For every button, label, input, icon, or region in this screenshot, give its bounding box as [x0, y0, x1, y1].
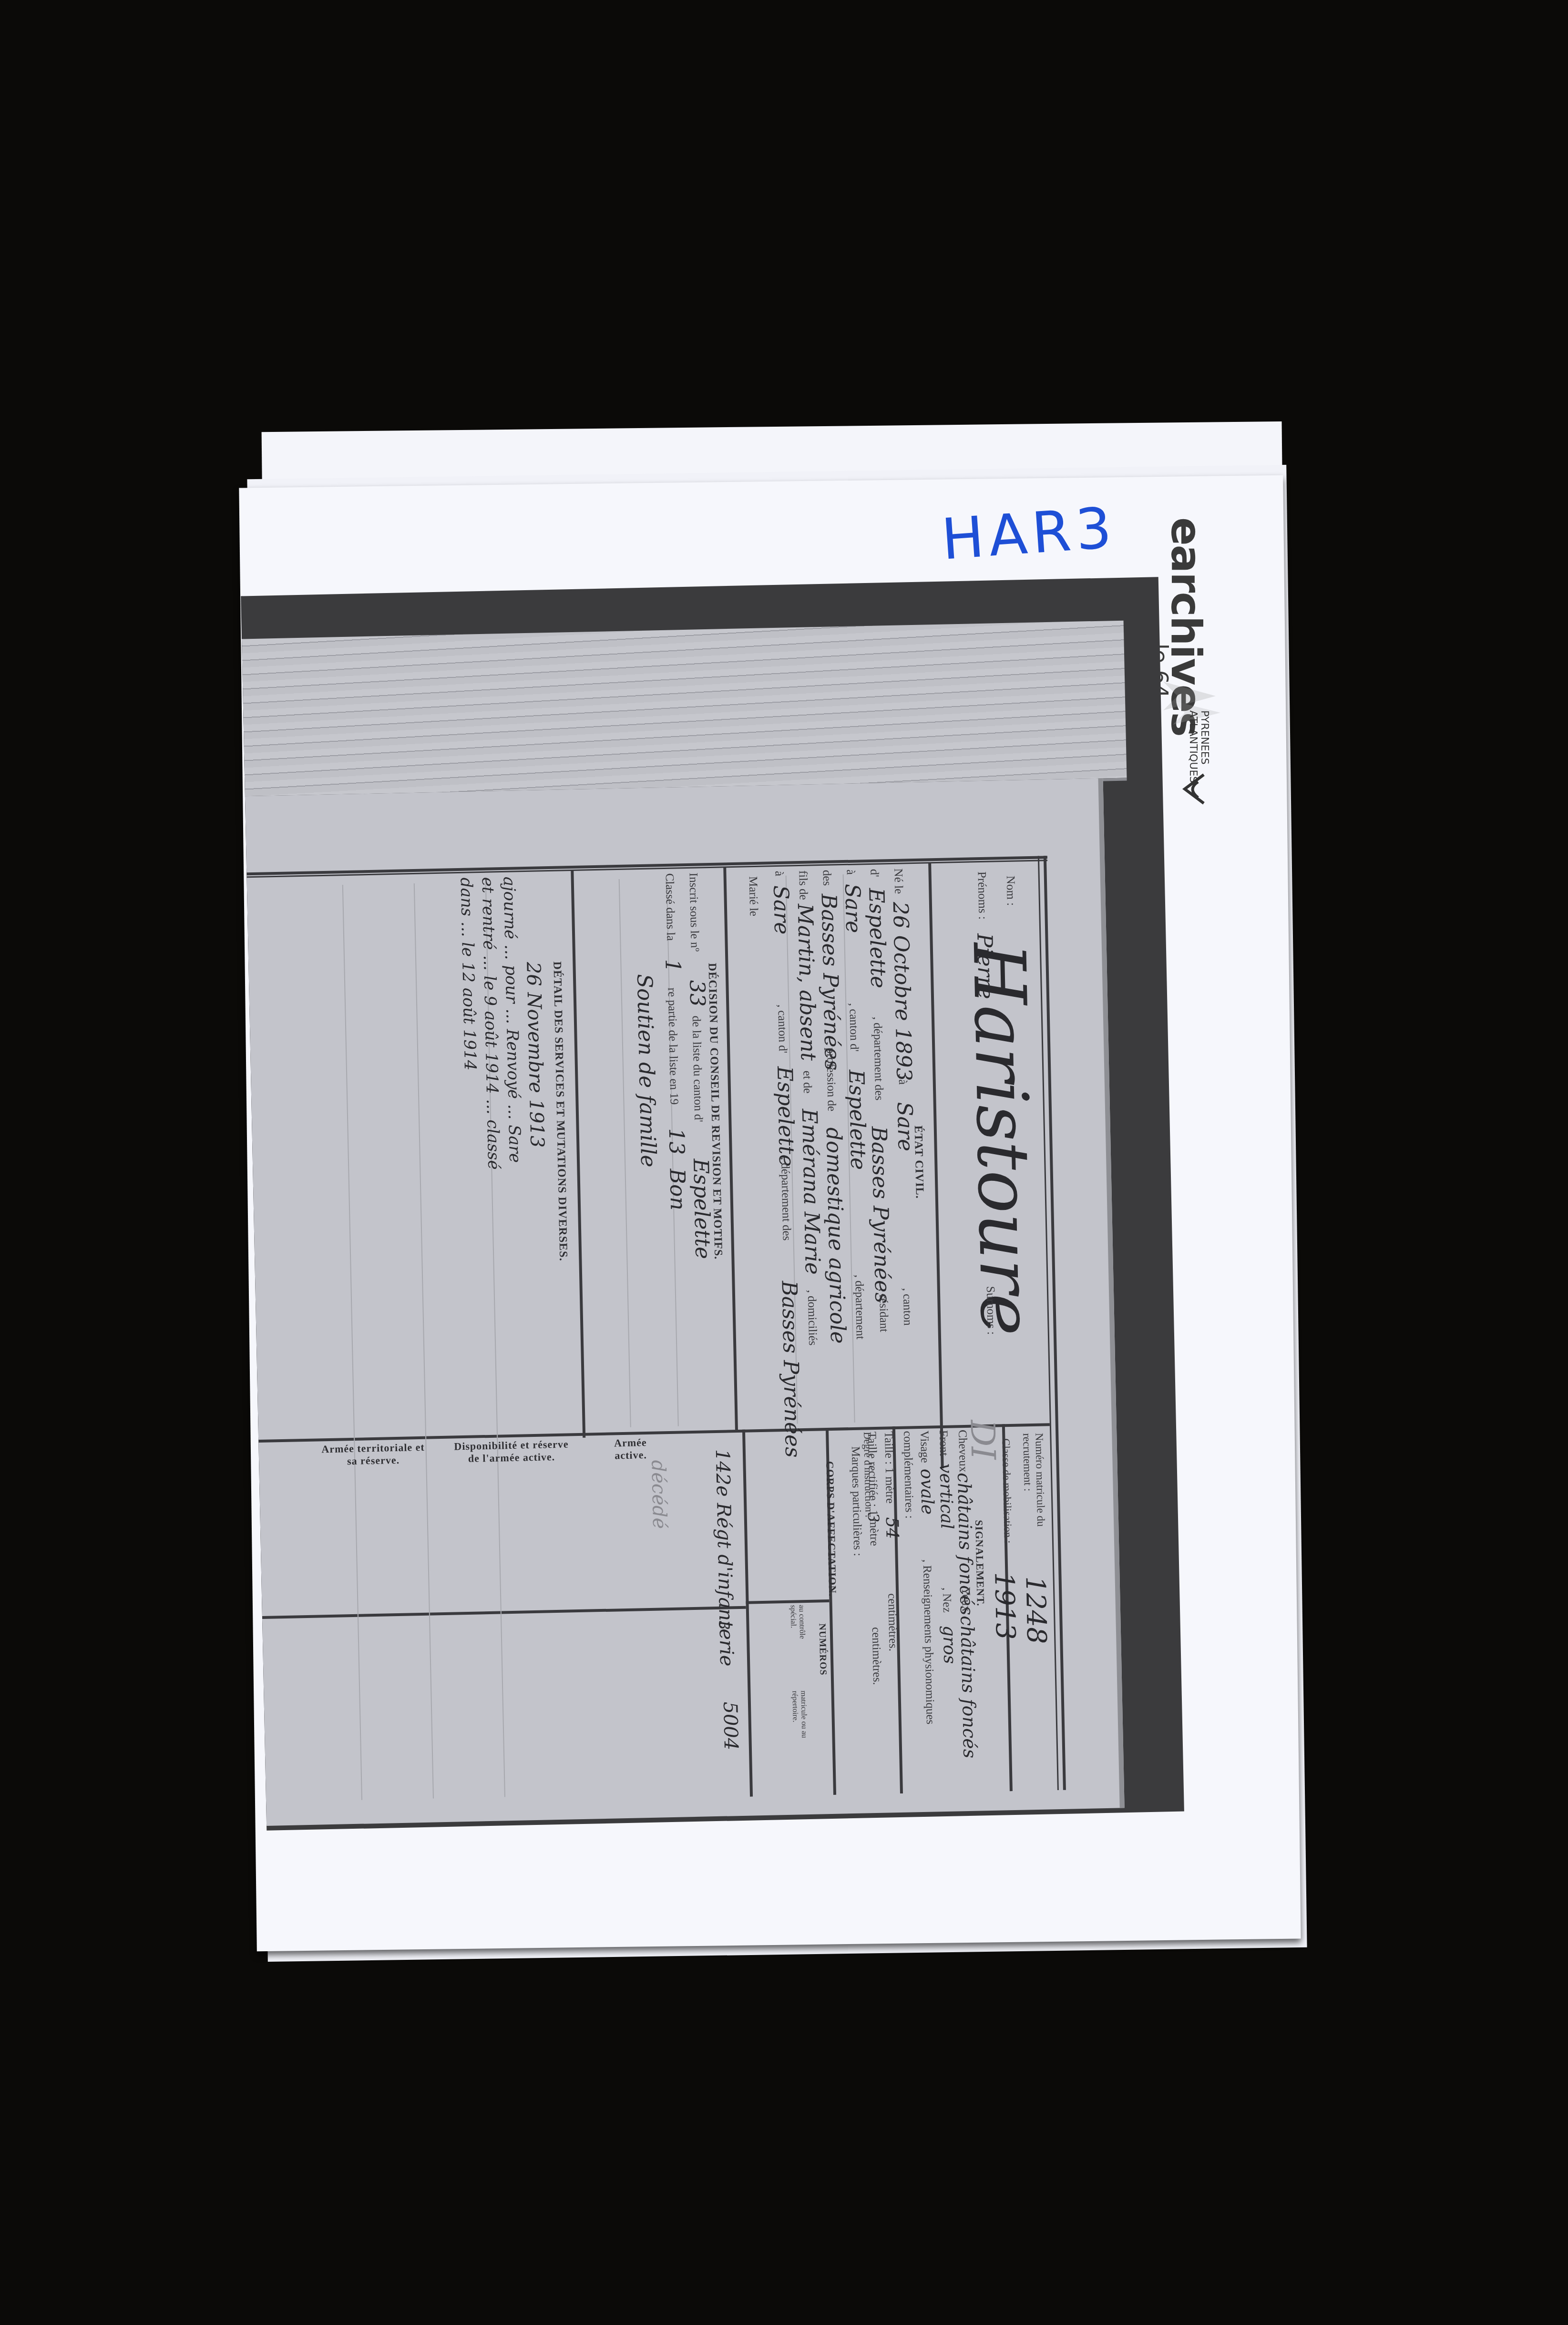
- services-line-4: dans ... le 12 août 1914: [457, 877, 480, 1071]
- canton-value: Espelette: [864, 888, 890, 988]
- front-label: Front: [936, 1430, 950, 1456]
- fils-label: fils de: [796, 871, 810, 900]
- liste-label: de la liste du canton d': [689, 1015, 705, 1122]
- inscrit-value: 33: [685, 980, 709, 1007]
- nom-value: Haristoure: [957, 942, 1048, 1337]
- separator-numeros-inner: [746, 1599, 829, 1604]
- mountain-icon: [1175, 770, 1209, 808]
- mere-label: et de: [800, 1071, 814, 1094]
- col-armee-active: Armée active.: [602, 1436, 659, 1462]
- canton3-value: Espelette: [772, 1066, 799, 1167]
- visage-value: ovale: [917, 1468, 937, 1515]
- register-photo: Nom : Haristoure Prénoms : Pierre Surnom…: [241, 577, 1184, 1831]
- classe-dans-label: Classé dans la: [662, 873, 677, 941]
- decision-annotation: Bon: [665, 1168, 690, 1210]
- col-armee-territoriale: Armée territoriale et sa réserve.: [320, 1441, 426, 1468]
- archive-label-handwritten: HAR3: [940, 494, 1118, 572]
- partie-label: re partie de la liste en 19: [665, 987, 680, 1105]
- departement3-label: , département des: [778, 1157, 793, 1241]
- taille-rectifiee-unit: centimètres.: [869, 1627, 884, 1685]
- canton2-label: , canton d': [846, 1003, 861, 1052]
- decision-motif: Soutien de famille: [632, 973, 660, 1168]
- numeros-matricule-label: matricule ou au répertoire.: [790, 1690, 808, 1743]
- col-disponibilite: Disponibilité et réserve de l'armée acti…: [449, 1438, 574, 1465]
- departement2-prefix: des: [820, 870, 833, 886]
- ruled-line: [342, 885, 362, 1800]
- complementaires-label: complémentaires :: [901, 1431, 916, 1519]
- separator-services: [571, 871, 585, 1438]
- frame-top: [246, 856, 1047, 875]
- numeros-matricule-value: 5004: [719, 1701, 742, 1751]
- taille-value: 54: [882, 1517, 902, 1539]
- services-heading: DÉTAIL DES SERVICES ET MUTATIONS DIVERSE…: [550, 961, 569, 1261]
- front-value: vertical: [936, 1463, 957, 1529]
- departement-label: , département des: [871, 1016, 886, 1100]
- ruled-line: [414, 883, 434, 1799]
- prenoms-label: Prénoms :: [975, 871, 989, 920]
- matricule-value: 1248: [1020, 1576, 1052, 1644]
- a-label: , à: [895, 1073, 909, 1085]
- classe-value: 1913: [988, 1572, 1021, 1640]
- taille-rectifiee-label: Taille rectifiée : 1 mètre: [865, 1432, 881, 1546]
- nez-label: , Nez: [940, 1588, 953, 1613]
- prenoms-value: Pierre: [972, 933, 998, 999]
- marques-label: Marques particulières :: [849, 1446, 864, 1557]
- separator-decision: [723, 867, 738, 1430]
- ne-le-value: 26 Octobre 1893: [888, 901, 916, 1081]
- departement-value: Basses Pyrénées: [867, 1126, 895, 1303]
- domicilies-label: , domiciliés: [805, 1290, 819, 1345]
- departement2-label: , département: [852, 1274, 867, 1340]
- inscrit-label: Inscrit sous le nº: [686, 872, 701, 952]
- visage-label: Visage: [917, 1431, 931, 1463]
- cheveux-label: Cheveux: [955, 1430, 970, 1472]
- register-form: Nom : Haristoure Prénoms : Pierre Surnom…: [246, 856, 1076, 1807]
- residant-value: Sare: [840, 883, 865, 933]
- canton-prefix: d': [867, 869, 881, 877]
- a-value: Sare: [892, 1102, 918, 1151]
- domicilies-prefix: à: [772, 871, 785, 877]
- marie-label: Marié le: [746, 876, 760, 917]
- taille-label: Taille : 1 mètre: [881, 1431, 896, 1504]
- corps-heading: CORPS D'AFFECTATION.: [823, 1461, 839, 1597]
- liste-value: Espelette: [688, 1158, 715, 1259]
- yeux-label: Yeux: [959, 1587, 973, 1612]
- renseignements-label: , Renseignements physionomiques: [920, 1559, 937, 1724]
- yeux-value: châtains foncés: [956, 1616, 980, 1759]
- mere-value: Emérana Marie: [797, 1108, 825, 1275]
- profession-label: , profession de: [823, 1041, 838, 1111]
- numeros-controle-value: 3: [715, 1620, 732, 1630]
- departement3-value: Basses Pyrénées: [777, 1280, 805, 1458]
- profession-value: domestique agricole: [821, 1127, 850, 1344]
- frame-top-inner: [246, 860, 1047, 878]
- services-line-1: 26 Novembre 1913: [522, 962, 548, 1148]
- fils-value: Martin, absent: [793, 903, 820, 1061]
- canton3-label: , canton d': [775, 1004, 789, 1054]
- register-page: Nom : Haristoure Prénoms : Pierre Surnom…: [245, 778, 1125, 1826]
- corps-faint-note: décédé: [647, 1460, 670, 1529]
- canton-label: , canton: [900, 1288, 914, 1326]
- services-line-3: et rentré ... le 9 août 1914 ... classé: [478, 877, 503, 1170]
- separator-etat-civil: [928, 863, 944, 1468]
- taille-unit: centimètres.: [885, 1593, 900, 1651]
- book-page-edges: [242, 621, 1127, 799]
- corps-value: 142e Régt d'infanterie: [711, 1449, 738, 1667]
- residant-prefix: à: [843, 870, 857, 875]
- ne-le-label: Né le: [891, 868, 905, 894]
- numeros-controle-label: au contrôle spécial.: [789, 1605, 807, 1658]
- separator-bottom-row: [262, 1606, 746, 1619]
- matricule-label: Numéro matricule du recrutement :: [1020, 1433, 1048, 1562]
- classe-label: Classe de mobilisation :: [999, 1438, 1014, 1553]
- surnoms-label: Surnoms :: [984, 1286, 998, 1335]
- partie-value: 13: [664, 1128, 689, 1155]
- domicilies-value: Sare: [769, 885, 794, 934]
- numeros-heading: NUMÉROS: [816, 1623, 828, 1676]
- residant-label: , résidant: [876, 1288, 891, 1332]
- canton2-value: Espelette: [844, 1069, 870, 1170]
- nez-value: gros: [939, 1625, 960, 1664]
- separator-corps: [742, 1430, 753, 1797]
- classe-dans-value: 1: [660, 959, 685, 973]
- nom-label: Nom :: [1004, 875, 1017, 906]
- services-line-2: ajourné ... pour ... Renvoyé ... Sare: [500, 876, 525, 1163]
- ruled-line: [619, 879, 631, 1427]
